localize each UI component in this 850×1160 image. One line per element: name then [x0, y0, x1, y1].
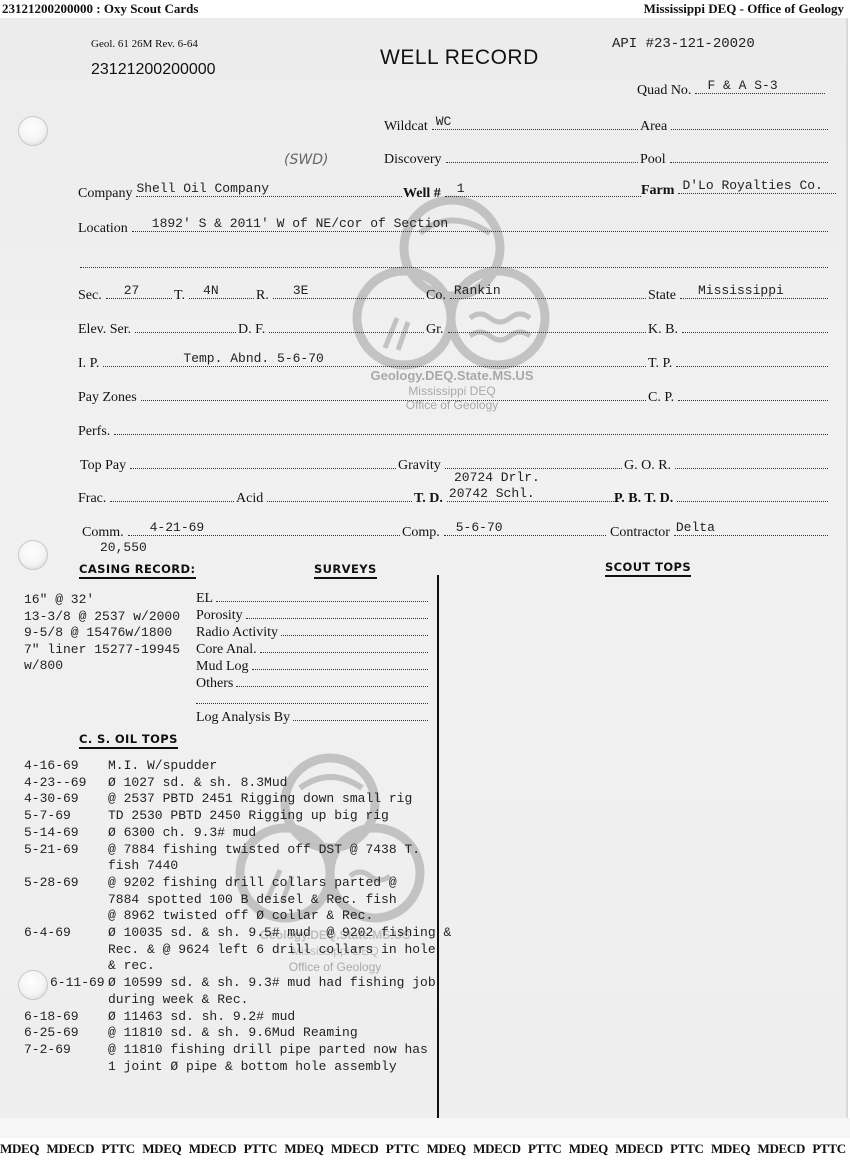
field-comp: Comp. 5-6-70	[402, 524, 608, 542]
ip-value: Temp. Abnd. 5-6-70	[183, 352, 323, 366]
log-entry: fish 7440	[24, 858, 451, 875]
field-frac: Frac.	[78, 490, 236, 508]
log-entry: 5-28-69@ 9202 fishing drill collars part…	[24, 875, 451, 892]
footer-item: PTTC	[244, 1141, 277, 1159]
sec-value: 27	[124, 284, 140, 298]
td-schlumberger-value: 20742 Schl.	[449, 487, 535, 501]
oil-tops-log: 4-16-69M.I. W/spudder 4-23--69Ø 1027 sd.…	[24, 758, 451, 1075]
field-discovery: Discovery	[384, 151, 640, 169]
footer-item: MDECD	[757, 1141, 805, 1159]
field-contractor: Contractor Delta	[610, 524, 830, 542]
footer-item: MDEQ	[569, 1141, 608, 1159]
scout-card-scan: Geology.DEQ.State.MS.US Mississippi DEQ …	[0, 18, 848, 1118]
footer-item: PTTC	[101, 1141, 134, 1159]
stamped-well-id: 23121200200000	[91, 61, 216, 79]
field-gor: G. O. R.	[624, 457, 830, 475]
agency-title: Mississippi DEQ - Office of Geology	[644, 0, 844, 17]
location-value: 1892' S & 2011' W of NE/cor of Section	[152, 217, 448, 231]
log-entry: during week & Rec.	[24, 992, 451, 1009]
scan-margin	[0, 1118, 850, 1138]
footer-item: MDEQ	[142, 1141, 181, 1159]
handwritten-note: (SWD)	[284, 152, 328, 168]
field-wildcat: Wildcat WC	[384, 118, 640, 136]
field-company: Company Shell Oil Company	[78, 185, 404, 203]
field-df: D. F.	[238, 321, 426, 339]
casing-line: w/800	[24, 658, 180, 675]
field-location-line2	[78, 256, 830, 274]
farm-value: D'Lo Royalties Co.	[682, 179, 822, 193]
range-value: 3E	[293, 284, 309, 298]
survey-log-analysis-by: Log Analysis By	[196, 710, 428, 727]
document-title: 23121200200000 : Oxy Scout Cards	[2, 0, 198, 17]
log-entry: 7-2-69@ 11810 fishing drill pipe parted …	[24, 1042, 451, 1059]
casing-line: 16" @ 32'	[24, 592, 180, 609]
county-value: Rankin	[454, 284, 501, 298]
well-no-value: 1	[457, 182, 465, 196]
log-entry: 5-7-69TD 2530 PBTD 2450 Rigging up big r…	[24, 808, 451, 825]
log-entry: 6-4-69Ø 10035 sd. & sh. 9.5# mud @ 9202 …	[24, 925, 451, 942]
casing-line: 13-3/8 @ 2537 w/2000	[24, 609, 180, 626]
field-perfs: Perfs.	[78, 423, 830, 441]
survey-blank	[196, 693, 428, 710]
township-value: 4N	[203, 284, 219, 298]
casing-line: 7" liner 15277-19945	[24, 642, 180, 659]
td-driller-value: 20724 Drlr.	[454, 470, 540, 485]
comm-note: 20,550	[100, 540, 147, 555]
footer-item: MDEQ	[427, 1141, 466, 1159]
log-entry: 7884 spotted 100 B deisel & Rec. fish	[24, 892, 451, 909]
field-location: Location 1892' S & 2011' W of NE/cor of …	[78, 220, 830, 238]
field-state: State Mississippi	[648, 287, 830, 305]
footer-item: PTTC	[528, 1141, 561, 1159]
casing-record-list: 16" @ 32' 13-3/8 @ 2537 w/2000 9-5/8 @ 1…	[24, 592, 180, 675]
log-entry: 1 joint Ø pipe & bottom hole assembly	[24, 1059, 451, 1076]
field-pool: Pool	[640, 151, 830, 169]
log-entry: & rec.	[24, 958, 451, 975]
wildcat-value: WC	[436, 115, 452, 129]
card-title: WELL RECORD	[380, 46, 539, 70]
log-entry: 4-30-69@ 2537 PBTD 2451 Rigging down sma…	[24, 791, 451, 808]
api-number: API #23-121-20020	[612, 36, 755, 52]
surveys-heading: SURVEYS	[314, 562, 377, 579]
field-county: Co. Rankin	[426, 287, 648, 305]
survey-mud-log: Mud Log	[196, 659, 428, 676]
field-top-pay: Top Pay	[80, 457, 398, 475]
field-pbtd: P. B. T. D.	[614, 490, 830, 508]
scout-tops-heading: SCOUT TOPS	[605, 560, 691, 577]
survey-core-anal: Core Anal.	[196, 642, 428, 659]
footer-item: PTTC	[386, 1141, 419, 1159]
footer-item: MDEQ	[711, 1141, 750, 1159]
footer-item: MDECD	[615, 1141, 663, 1159]
log-entry: 4-16-69M.I. W/spudder	[24, 758, 451, 775]
form-number: Geol. 61 26M Rev. 6-64	[91, 38, 198, 50]
log-entry: 6-25-69@ 11810 sd. & sh. 9.6Mud Reaming	[24, 1025, 451, 1042]
footer-item: MDECD	[47, 1141, 95, 1159]
survey-el: EL	[196, 591, 428, 608]
company-value: Shell Oil Company	[136, 182, 269, 196]
casing-line: 9-5/8 @ 15476w/1800	[24, 625, 180, 642]
field-farm: Farm D'Lo Royalties Co.	[641, 182, 838, 200]
field-td: T. D. 20742 Schl.	[414, 490, 620, 508]
viewer-title-bar: 23121200200000 : Oxy Scout Cards Mississ…	[0, 0, 850, 18]
field-well-no: Well # 1	[403, 185, 643, 203]
footer-item: PTTC	[812, 1141, 845, 1159]
field-kb: K. B.	[648, 321, 830, 339]
punch-hole	[18, 540, 48, 570]
field-ip: I. P. Temp. Abnd. 5-6-70	[78, 355, 648, 373]
field-sec: Sec. 27	[78, 287, 174, 305]
footer-item: MDECD	[331, 1141, 379, 1159]
state-value: Mississippi	[698, 284, 784, 298]
survey-porosity: Porosity	[196, 608, 428, 625]
log-entry: Rec. & @ 9624 left 6 drill collars in ho…	[24, 942, 451, 959]
field-pay-zones: Pay Zones	[78, 389, 648, 407]
comp-value: 5-6-70	[456, 521, 503, 535]
footer-item: PTTC	[670, 1141, 703, 1159]
log-entry: 4-23--69Ø 1027 sd. & sh. 8.3Mud	[24, 775, 451, 792]
punch-hole	[18, 116, 48, 146]
field-elev-ser: Elev. Ser.	[78, 321, 238, 339]
casing-record-heading: CASING RECORD:	[79, 562, 196, 579]
log-entry: 6-18-69Ø 11463 sd. sh. 9.2# mud	[24, 1009, 451, 1026]
field-tp: T. P.	[648, 355, 830, 373]
field-acid: Acid	[236, 490, 414, 508]
footer-item: MDECD	[189, 1141, 237, 1159]
survey-others: Others	[196, 676, 428, 693]
field-cp: C. P.	[648, 389, 830, 407]
log-entry: 5-14-69Ø 6300 ch. 9.3# mud	[24, 825, 451, 842]
log-entry: 6-11-69Ø 10599 sd. & sh. 9.3# mud had fi…	[50, 975, 451, 992]
field-township: T. 4N	[174, 287, 256, 305]
comm-value: 4-21-69	[150, 521, 205, 535]
quad-no-value: F & A S-3	[707, 79, 777, 93]
field-quad-no: Quad No. F & A S-3	[637, 82, 827, 100]
log-entry: 5-21-69@ 7884 fishing twisted off DST @ …	[24, 842, 451, 859]
footer-item: MDECD	[473, 1141, 521, 1159]
footer-item: MDEQ	[0, 1141, 39, 1159]
log-entry: @ 8962 twisted off Ø collar & Rec.	[24, 908, 451, 925]
oil-tops-heading: C. S. OIL TOPS	[79, 732, 178, 749]
contractor-value: Delta	[676, 521, 715, 535]
field-gr: Gr.	[426, 321, 648, 339]
survey-radio-activity: Radio Activity	[196, 625, 428, 642]
sponsor-footer: MDEQ MDECD PTTC MDEQ MDECD PTTC MDEQ MDE…	[0, 1141, 850, 1159]
footer-item: MDEQ	[284, 1141, 323, 1159]
field-area: Area	[640, 118, 830, 136]
field-range: R. 3E	[256, 287, 426, 305]
